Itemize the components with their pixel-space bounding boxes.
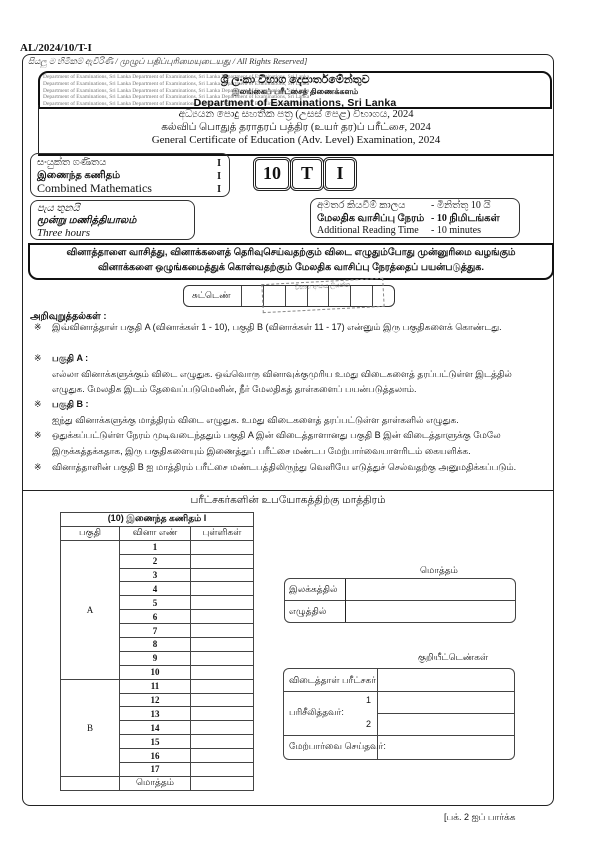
duration-box: පැය තුනයි மூன்று மணித்தியாலம் Three hour… <box>30 200 195 240</box>
marks-table-title: (10) இணைந்த கணிதம் I <box>61 513 254 527</box>
question-number: 11 <box>120 679 191 693</box>
exam-title: අධ්‍යයන පොදු සහතික පත්‍ර (උසස් පෙළ) විභා… <box>38 105 553 156</box>
part-label: A <box>61 540 120 679</box>
marks-cell[interactable] <box>191 763 254 777</box>
subject-sinhala: සංයුක්ත ගණිතය <box>37 156 223 169</box>
question-number: 1 <box>120 540 191 554</box>
supervised-by-label: மேற்பார்வை செய்தவர்: <box>289 741 386 753</box>
department-banner: Department of Examinations, Sri Lanka De… <box>38 71 552 109</box>
reading-time-value: - 10 minutes <box>431 225 513 238</box>
duration-tamil: மூன்று மணித்தியாலம் <box>37 215 188 227</box>
question-number: 14 <box>120 721 191 735</box>
marks-cell[interactable] <box>191 540 254 554</box>
question-number: 7 <box>120 624 191 638</box>
instruction-item: ※ பகுதி A : எல்லா வினாக்களுக்கும் விடை எ… <box>52 351 532 398</box>
subject-code-box: T <box>290 157 324 191</box>
instruction-item: ※ வினாத்தாளின் பகுதி B ஐ மாத்திரம் பரீட்… <box>52 460 532 476</box>
subject-english: Combined Mathematics <box>37 182 223 195</box>
paper-marker: III <box>217 157 221 196</box>
question-number: 5 <box>120 596 191 610</box>
exam-title-english: General Certificate of Education (Adv. L… <box>39 134 553 147</box>
checked-by-label: பரிசீலித்தவர்: <box>289 707 344 719</box>
section-divider <box>23 490 553 491</box>
department-tamil: இலங்கைப் பரீட்சைத் திணைக்களம் <box>40 87 550 97</box>
marks-cell[interactable] <box>191 610 254 624</box>
page-footer: [பக். 2 ஐப் பார்க்க <box>444 812 516 824</box>
instruction-item: ※ இவ்வினாத்தாள் பகுதி A (வினாக்கள் 1 - 1… <box>52 320 532 336</box>
part-label: B <box>61 679 120 776</box>
marks-cell[interactable] <box>191 679 254 693</box>
question-number: 17 <box>120 763 191 777</box>
total-title: மொத்தம் <box>420 565 458 577</box>
marks-cell[interactable] <box>191 735 254 749</box>
marks-cell[interactable] <box>191 651 254 665</box>
marks-total-cell[interactable] <box>191 776 254 790</box>
marks-table: (10) இணைந்த கணிதம் Iபகுதிவினா எண்புள்ளிக… <box>60 512 254 791</box>
question-number: 9 <box>120 651 191 665</box>
table-row: A1 <box>61 540 254 554</box>
total-in-numbers-label: இலக்கத்தில் <box>289 584 337 596</box>
marks-cell[interactable] <box>191 554 254 568</box>
reading-time-label: Additional Reading Time <box>317 225 419 238</box>
marks-cell[interactable] <box>191 638 254 652</box>
reading-time-value: - 10 நிமிடங்கள் <box>431 213 513 226</box>
question-number: 10 <box>120 665 191 679</box>
question-number: 2 <box>120 554 191 568</box>
checker-number: 1 <box>366 695 371 705</box>
reading-note: வினாத்தாளை வாசித்து, வினாக்களைத் தெரிவுச… <box>28 243 554 280</box>
instruction-item: ※ பகுதி B : ஐந்து வினாக்களுக்கு மாத்திரம… <box>52 397 532 428</box>
marks-cell[interactable] <box>191 582 254 596</box>
subject-box: සංයුක්ත ගණිතය இணைந்த கணிதம் Combined Mat… <box>30 153 230 197</box>
marks-table-header: பகுதி <box>61 526 120 540</box>
marks-cell[interactable] <box>191 721 254 735</box>
marks-cell[interactable] <box>191 596 254 610</box>
question-number: 13 <box>120 707 191 721</box>
paper-code: AL/2024/10/T-I <box>20 42 92 54</box>
total-in-words-label: எழுத்தில் <box>289 606 326 618</box>
reading-time-label: மேலதிக வாசிப்பு நேரம் <box>317 213 424 226</box>
subject-code-box: 10 <box>253 157 291 191</box>
question-number: 16 <box>120 749 191 763</box>
question-number: 4 <box>120 582 191 596</box>
marks-cell[interactable] <box>191 665 254 679</box>
checker-number: 2 <box>366 719 371 729</box>
exam-title-tamil: கல்விப் பொதுத் தராதரப் பத்திர (உயர் தர)ப… <box>39 121 553 134</box>
question-number: 15 <box>120 735 191 749</box>
marks-total-label: மொத்தம் <box>120 776 191 790</box>
instruction-item: ※ ஒதுக்கப்பட்டுள்ள நேரம் முடிவடைந்ததும் … <box>52 428 532 459</box>
marks-table-header: வினா எண் <box>120 526 191 540</box>
marks-table-header: புள்ளிகள் <box>191 526 254 540</box>
duration-sinhala: පැය තුනයි <box>37 203 188 215</box>
codes-title: குறியீட்டெண்கள் <box>418 652 488 664</box>
question-number: 6 <box>120 610 191 624</box>
total-box: இலக்கத்தில் எழுத்தில் <box>284 578 516 623</box>
reading-time-box: අමතර කියවීම් කාලය- මිනිත්තු 10 යි மேலதிக… <box>310 198 520 238</box>
reading-time-value: - මිනිත්තු 10 යි <box>431 200 513 213</box>
marks-cell[interactable] <box>191 707 254 721</box>
marks-cell[interactable] <box>191 693 254 707</box>
table-row: B11 <box>61 679 254 693</box>
exam-title-sinhala: අධ්‍යයන පොදු සහතික පත්‍ර (උසස් පෙළ) විභා… <box>39 108 553 121</box>
department-sinhala: ශ්‍රී ලංකා විභාග දෙපාර්තමේන්තුව <box>40 74 550 87</box>
examiners-title: பரீட்சகர்களின் உபயோகத்திற்கு மாத்திரம் <box>23 494 553 507</box>
question-number: 3 <box>120 568 191 582</box>
index-number-label: சுட்டெண் <box>192 290 231 302</box>
reading-time-label: අමතර කියවීම් කාලය <box>317 200 405 213</box>
marks-cell[interactable] <box>191 749 254 763</box>
subject-code-box: I <box>323 157 357 191</box>
question-number: 8 <box>120 638 191 652</box>
examiner-codes-box: விடைத்தாள் பரீட்சகர் பரிசீலித்தவர்: 1 2 … <box>283 668 515 760</box>
marks-cell[interactable] <box>191 568 254 582</box>
question-number: 12 <box>120 693 191 707</box>
rights-notice: සියලු ම හිමිකම් ඇවිරිණි / முழுப் பதிப்பு… <box>28 56 307 68</box>
answer-sheet-examiner-label: விடைத்தாள் பரீட்சகர் <box>289 675 376 687</box>
marks-cell[interactable] <box>191 624 254 638</box>
duration-english: Three hours <box>37 227 188 239</box>
